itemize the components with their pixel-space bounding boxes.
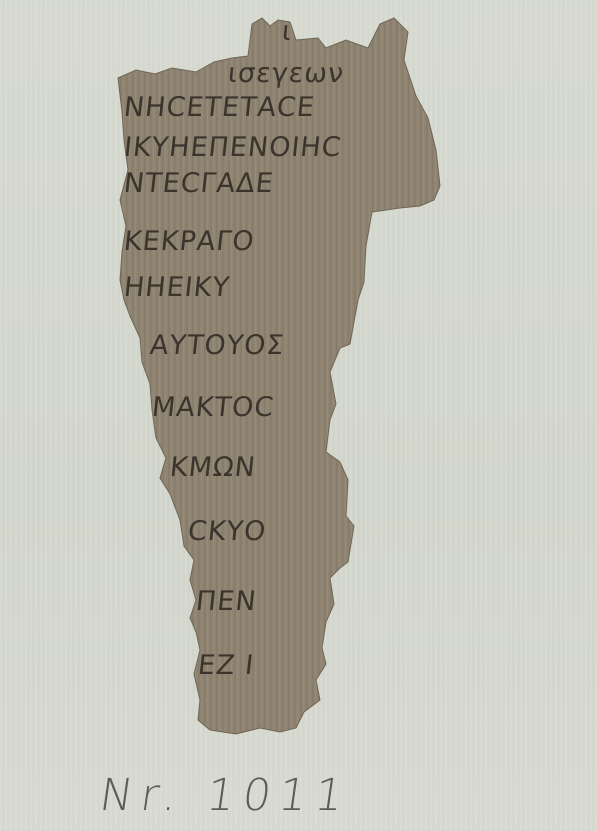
text-line: ΑΥΤΟΥΟΣ <box>148 330 286 361</box>
text-line: ΗΗΕΙΚΥ <box>122 272 231 303</box>
text-line: ΜΑΚΤΟC <box>150 392 275 423</box>
text-line: ΝΗCΕΤΕΤΑCΕ <box>122 92 316 123</box>
text-line: ΚΕΚΡΑΓΟ <box>122 226 256 257</box>
text-line: ισεγεων <box>226 58 345 89</box>
text-line: ΙΚΥΗΕΠΕΝΟΙΗC <box>122 132 343 163</box>
papyrus-fragment <box>0 0 598 831</box>
text-line: ΚΜΩΝ <box>168 452 257 483</box>
inventory-number-label: Nr. 1011 <box>96 770 354 821</box>
text-line: CΚΥΟ <box>186 516 268 547</box>
text-line: ΕΖ Ι <box>196 650 255 681</box>
text-line: ΠΕΝ <box>194 586 258 617</box>
text-line: ΝΤΕCΓΑΔΕ <box>122 168 275 199</box>
